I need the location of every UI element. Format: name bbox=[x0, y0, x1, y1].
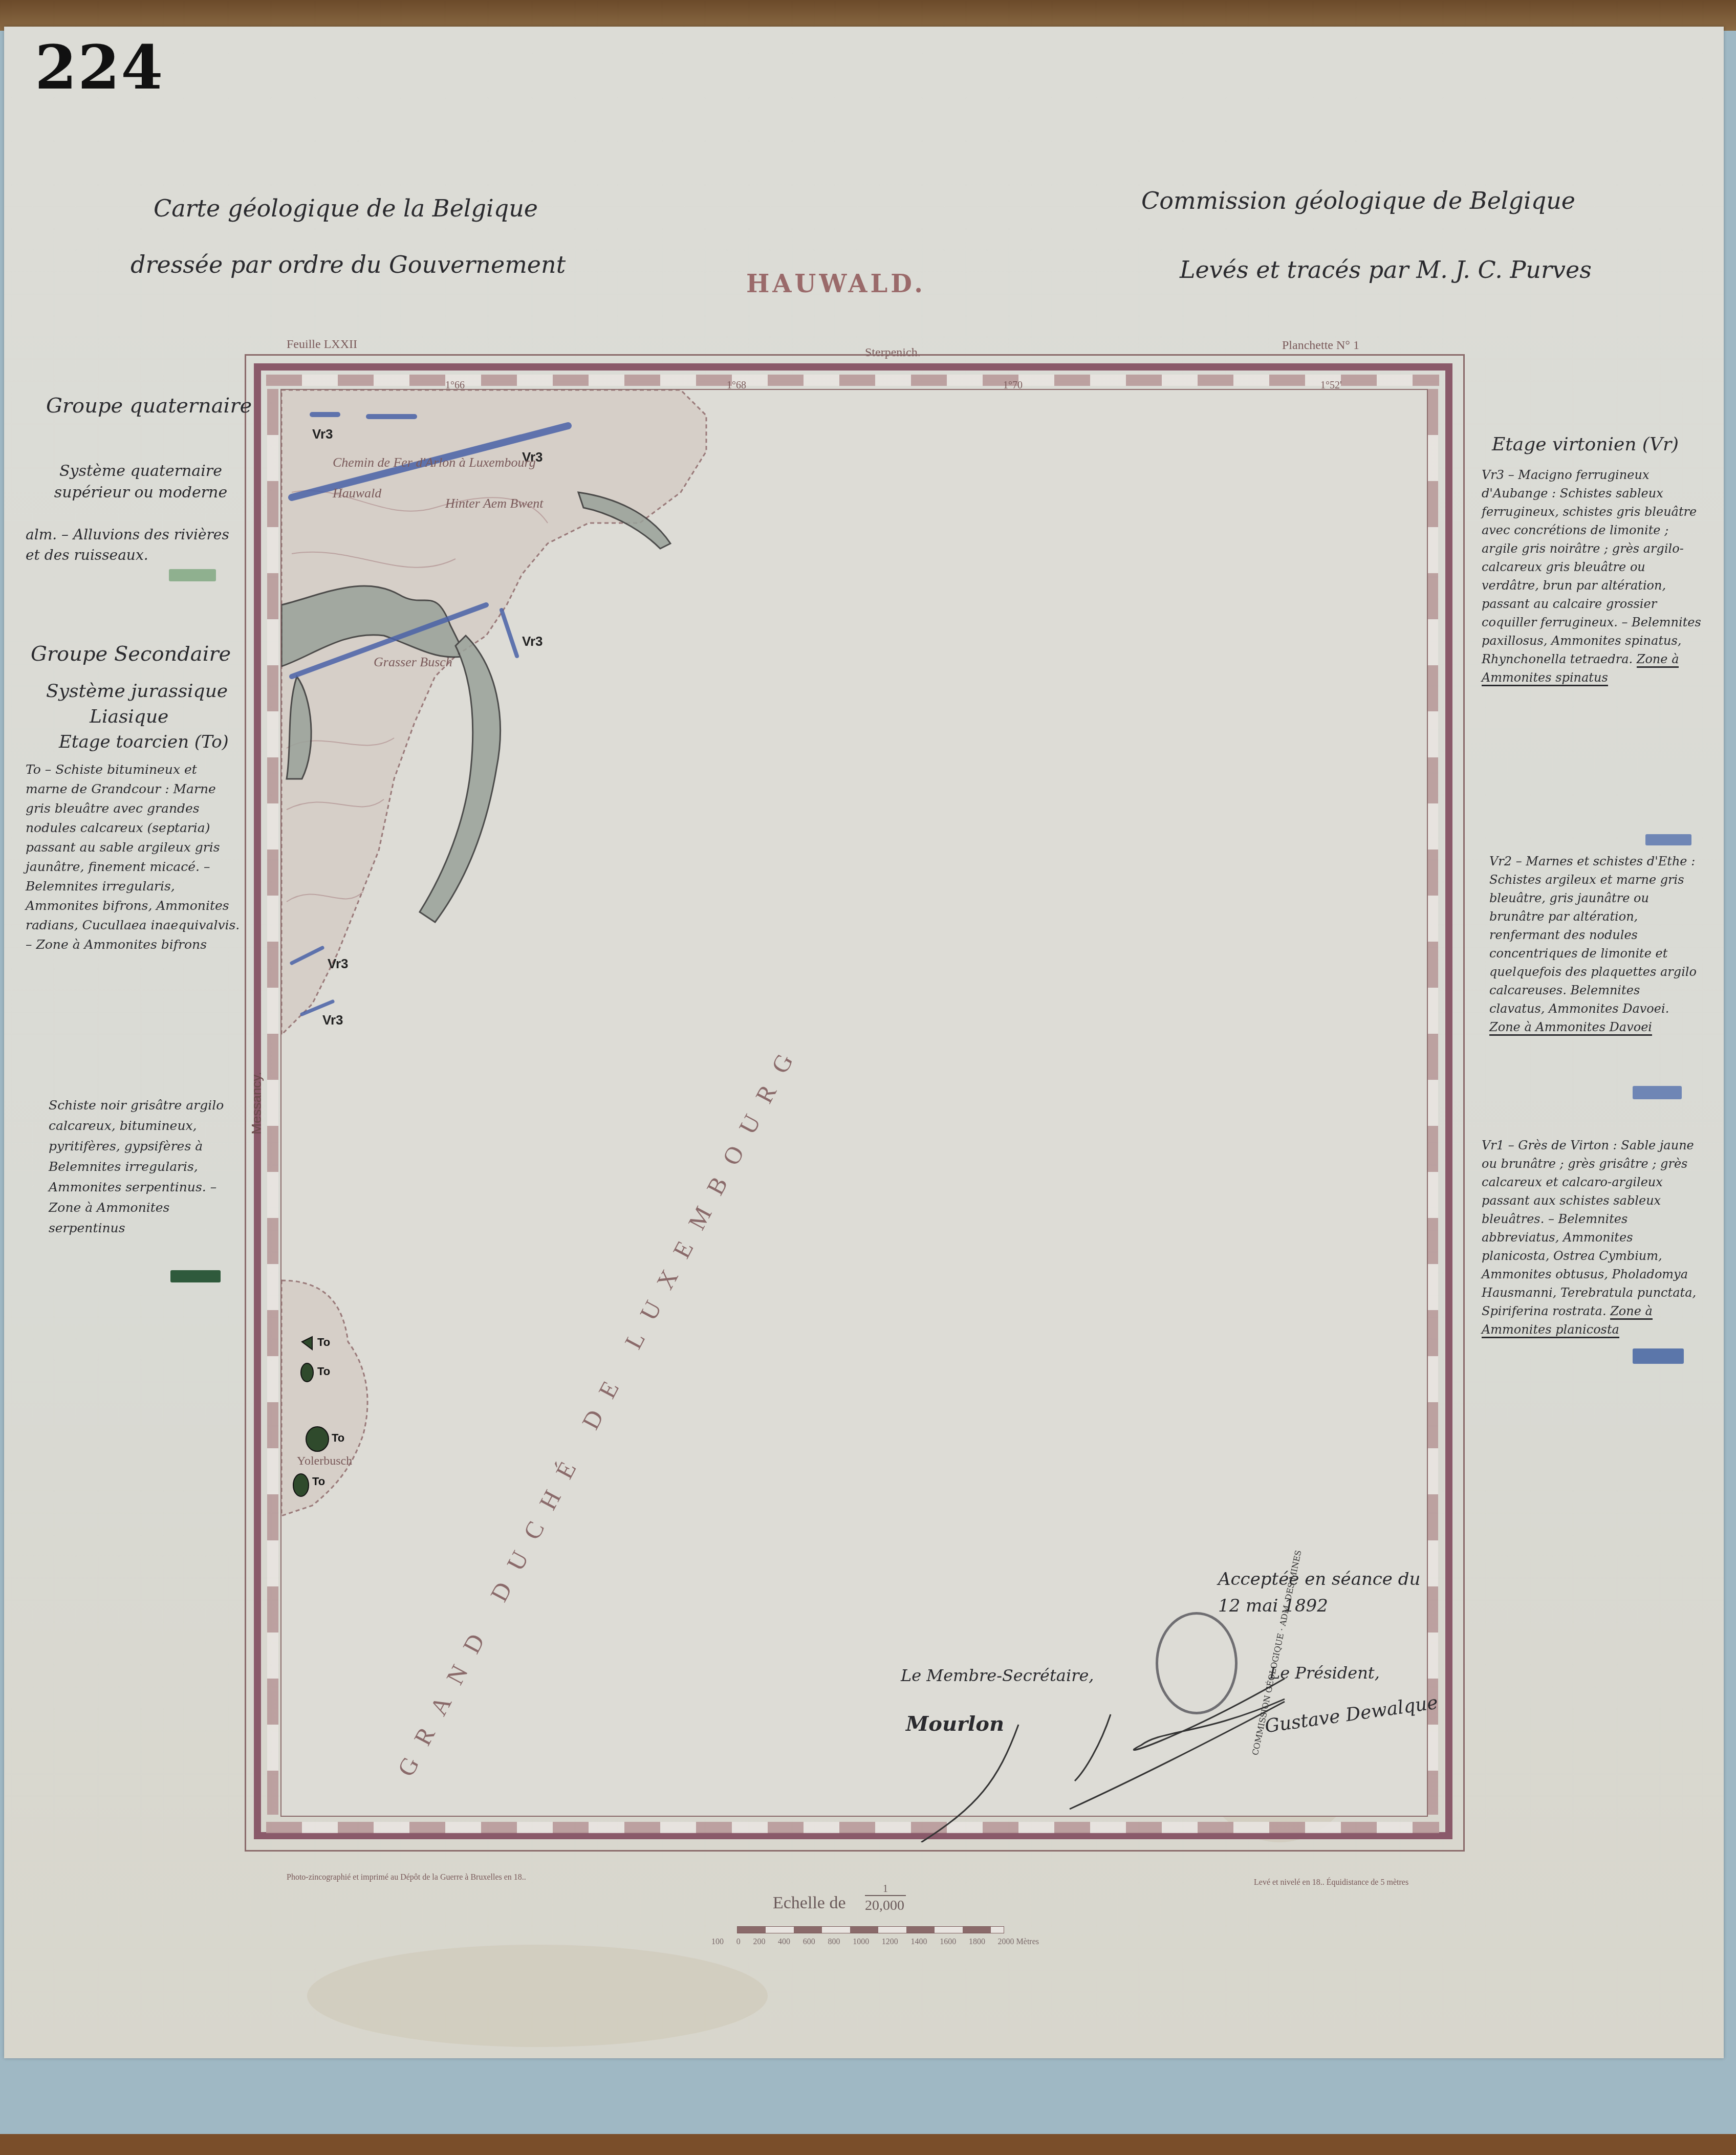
legend-text: Schistes sableux ferrugineux, schistes g… bbox=[1482, 486, 1701, 666]
legend-code: alm. bbox=[26, 526, 57, 543]
legend-text: Schiste bitumineux et marne de Grandcour… bbox=[26, 762, 240, 952]
header-left-line1: Carte géologique de la Belgique bbox=[154, 194, 538, 222]
legend-subsystem-liasique: Liasique bbox=[90, 706, 168, 727]
legend-stage-virtonien: Etage virtonien (Vr) bbox=[1492, 434, 1679, 455]
sheet-label: Feuille LXXII bbox=[287, 338, 357, 352]
legend-system-jurassic: Système jurassique bbox=[46, 681, 228, 702]
planchette-label: Planchette N° 1 bbox=[1282, 339, 1359, 353]
svg-text:Chemin de Fer d'Arlon à Luxemb: Chemin de Fer d'Arlon à Luxembourg bbox=[333, 455, 536, 470]
legend-title: Marnes et schistes d'Ethe : bbox=[1526, 854, 1695, 868]
legend-swatch-vr2 bbox=[1633, 1086, 1682, 1099]
header-right-line1: Commission géologique de Belgique bbox=[1141, 187, 1575, 214]
scale-bar bbox=[737, 1926, 1004, 1933]
graticule-top bbox=[266, 375, 1439, 386]
scale-numerator: 1 bbox=[865, 1883, 906, 1896]
legend-entry-vr2: Vr2 – Marnes et schistes d'Ethe : Schist… bbox=[1489, 852, 1699, 1036]
svg-text:Hauwald: Hauwald bbox=[332, 486, 382, 500]
header-right-line2: Levés et tracés par M. J. C. Purves bbox=[1180, 256, 1592, 284]
legend-group-secondary: Groupe Secondaire bbox=[31, 642, 231, 666]
legend-code: Vr3 bbox=[1482, 468, 1504, 482]
graticule-left bbox=[267, 389, 278, 1815]
legend-zone: Zone à Ammonites Davoei bbox=[1489, 1020, 1652, 1036]
legend-group-quaternary: Groupe quaternaire bbox=[46, 394, 252, 418]
svg-text:Vr3: Vr3 bbox=[328, 956, 349, 971]
svg-text:Yolerbusch: Yolerbusch bbox=[297, 1454, 352, 1468]
svg-text:Vr3: Vr3 bbox=[312, 426, 333, 442]
svg-text:To: To bbox=[332, 1431, 344, 1444]
svg-text:Grasser Busch: Grasser Busch bbox=[374, 655, 452, 669]
svg-text:To: To bbox=[317, 1365, 330, 1378]
legend-swatch-to bbox=[170, 1270, 221, 1282]
legend-entry-vr1: Vr1 – Grès de Virton : Sable jaune ou br… bbox=[1482, 1136, 1702, 1339]
svg-text:To: To bbox=[312, 1475, 325, 1488]
signature-flourishes bbox=[844, 1612, 1459, 1842]
imprint-right: Levé et nivelé en 18.. Équidistance de 5… bbox=[1254, 1878, 1408, 1887]
commission-stamp bbox=[1156, 1612, 1238, 1714]
approval-note: Acceptée en séance du 12 mai 1892 bbox=[1218, 1566, 1433, 1619]
legend-system-quaternary: Système quaternaire supérieur ou moderne bbox=[41, 461, 241, 504]
legend-swatch-vr1 bbox=[1633, 1348, 1684, 1364]
legend-entry-vr3: Vr3 – Macigno ferrugineux d'Aubange : Sc… bbox=[1482, 466, 1702, 687]
sheet-number: 224 bbox=[35, 32, 164, 103]
legend-text: Schistes argileux et marne gris bleuâtre… bbox=[1489, 873, 1697, 997]
legend-entry-alm: alm. – Alluvions des rivières et des rui… bbox=[26, 525, 241, 565]
legend-swatch-alm bbox=[169, 569, 216, 581]
scale-denominator: 20,000 bbox=[865, 1898, 904, 1914]
map-title: HAUWALD. bbox=[746, 270, 926, 298]
wood-frame-top bbox=[0, 0, 1736, 31]
legend-code: To bbox=[26, 762, 41, 777]
scale-ticks: 100 0 200 400 600 800 1000 1200 1400 160… bbox=[711, 1938, 1039, 1947]
legend-code: Vr1 bbox=[1482, 1138, 1504, 1152]
legend-text: Sable jaune ou brunâtre ; grès grisâtre … bbox=[1482, 1138, 1696, 1318]
legend-stage-toarcien: Etage toarcien (To) bbox=[59, 732, 229, 752]
svg-text:To: To bbox=[317, 1336, 330, 1348]
legend-title: Grès de Virton : bbox=[1518, 1138, 1617, 1152]
legend-code: Vr2 bbox=[1489, 854, 1512, 868]
legend-entry-to-2: Schiste noir grisâtre argilo calcareux, … bbox=[49, 1095, 241, 1238]
legend-entry-to: To – Schiste bitumineux et marne de Gran… bbox=[26, 760, 241, 954]
svg-text:Vr3: Vr3 bbox=[322, 1012, 343, 1028]
scale-label: Echelle de bbox=[773, 1893, 846, 1913]
paper-stain bbox=[307, 1945, 768, 2047]
wood-frame-bottom bbox=[0, 2134, 1736, 2155]
header-left-line2: dressée par ordre du Gouvernement bbox=[131, 251, 566, 278]
svg-text:Vr3: Vr3 bbox=[522, 634, 543, 649]
legend-swatch-vr3 bbox=[1645, 834, 1691, 845]
neighbor-label-left: Messancy. bbox=[249, 1072, 265, 1134]
svg-text:Hinter Aem Bwent: Hinter Aem Bwent bbox=[445, 496, 544, 511]
imprint-left: Photo-zincographié et imprimé au Dépôt d… bbox=[287, 1873, 526, 1882]
